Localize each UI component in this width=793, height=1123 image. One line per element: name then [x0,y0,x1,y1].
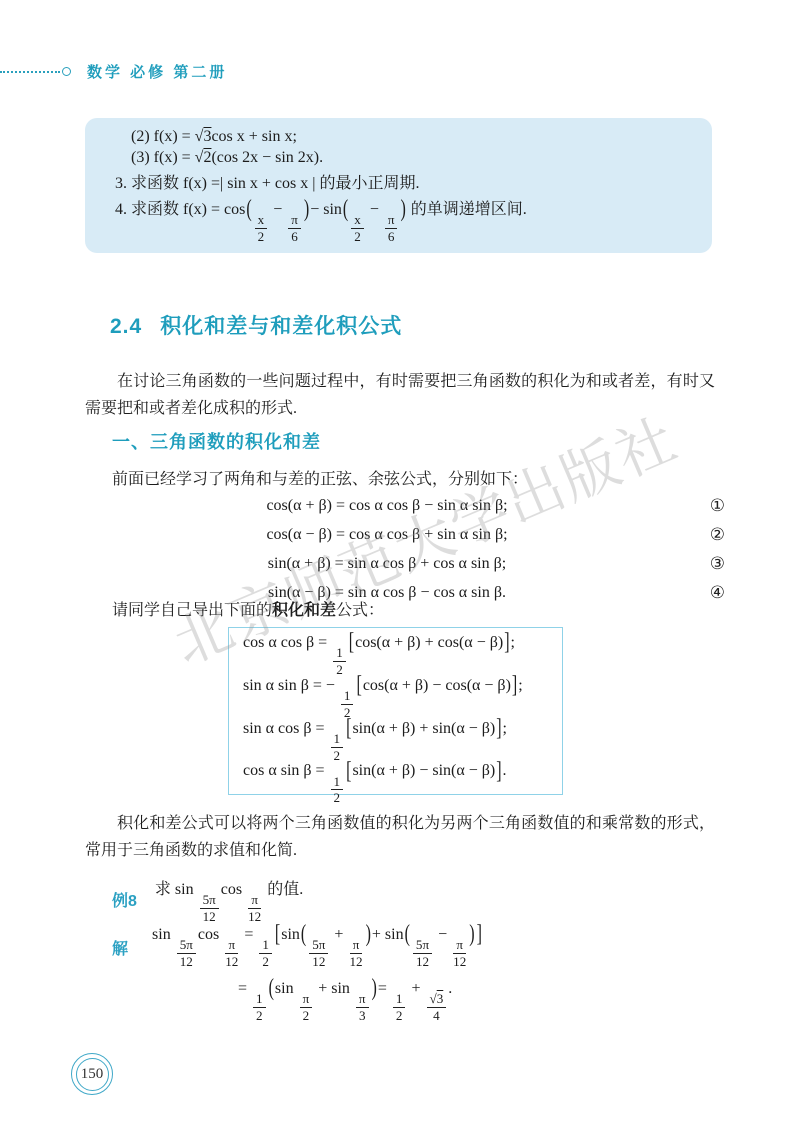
formula-3: sin(α + β) = sin α cos β + cos α sin β; [85,555,689,573]
formula-row-2: cos(α − β) = cos α cos β + sin α sin β; … [85,520,725,549]
derive-prompt-bold: 积化和差 [272,602,336,619]
example-label: 例8 [112,888,137,911]
section-name: 积化和差与和差化积公式 [160,315,402,338]
solution-line-1: sin 5π12cos π12 = 12[sin(5π12 + π12)+ si… [152,926,483,969]
formula-2: cos(α − β) = cos α cos β + sin α sin β; [85,526,689,544]
boxed-formula-2: sin α sin β = − 12[cos(α + β) − cos(α − … [243,677,548,720]
product-to-sum-box: cos α cos β = 12[cos(α + β) + cos(α − β)… [228,627,563,795]
formula-4-number-badge: ④ [689,583,725,603]
page-header: 数学 必修 第二册 [0,62,227,80]
exercise-box: (2) f(x) = √3cos x + sin x; (3) f(x) = √… [85,118,712,253]
sum-diff-formula-list: cos(α + β) = cos α cos β − sin α sin β; … [85,491,725,607]
boxed-formula-4: cos α sin β = 12[sin(α + β) − sin(α − β)… [243,762,548,805]
derive-prompt-suffix: 公式： [336,602,384,619]
formula-1-number-badge: ① [689,496,725,516]
page-number: 150 [81,1066,104,1083]
section-number: 2.4 [110,315,142,338]
formula-1: cos(α + β) = cos α cos β − sin α sin β; [85,497,689,515]
exercise-item-q4: 4. 求函数 f(x) = cos(x2 − π6)− sin(x2 − π6)… [103,196,694,244]
solution-row-1: 解 sin 5π12cos π12 = 12[sin(5π12 + π12)+ … [112,926,483,969]
formula-3-number-badge: ③ [689,554,725,574]
example-question: 求 sin 5π12cos π12 的值. [155,876,303,924]
derive-prompt-prefix: 请同学自己导出下面的 [112,602,272,619]
boxed-formula-3: sin α cos β = 12[sin(α + β) + sin(α − β)… [243,720,548,763]
textbook-page: 数学 必修 第二册 (2) f(x) = √3cos x + sin x; (3… [0,0,793,1123]
header-title: 数学 必修 第二册 [87,61,227,82]
exercise-item-2: (2) f(x) = √3cos x + sin x; [103,128,694,146]
boxed-formula-1: cos α cos β = 12[cos(α + β) + cos(α − β)… [243,634,548,677]
section-title: 2.4积化和差与和差化积公式 [110,310,402,340]
solution-label: 解 [112,936,128,959]
formula-2-number-badge: ② [689,525,725,545]
usage-paragraph: 积化和差公式可以将两个三角函数值的积化为另两个三角函数值的和乘常数的形式，常用于… [85,810,715,864]
exercise-item-q3: 3. 求函数 f(x) =| sin x + cos x | 的最小正周期. [103,170,694,193]
page-number-badge: 150 [71,1053,113,1095]
formula-row-1: cos(α + β) = cos α cos β − sin α sin β; … [85,491,725,520]
page-number-inner-ring: 150 [76,1058,109,1091]
exercise-item-3: (3) f(x) = √2(cos 2x − sin 2x). [103,149,694,167]
solution-line-2: = 12(sin π2 + sin π3)= 12 + √34. [238,980,452,1023]
derive-prompt: 请同学自己导出下面的积化和差公式： [112,597,384,620]
example-question-row: 例8 求 sin 5π12cos π12 的值. [112,876,303,924]
header-dotted-line [0,71,60,73]
header-circle-icon [62,67,71,76]
intro-paragraph: 在讨论三角函数的一些问题过程中，有时需要把三角函数的积化为和或者差，有时又需要把… [85,368,715,422]
formula-row-3: sin(α + β) = sin α cos β + cos α sin β; … [85,549,725,578]
subsection-title: 一、三角函数的积化和差 [112,428,321,454]
recall-line: 前面已经学习了两角和与差的正弦、余弦公式，分别如下： [112,466,528,489]
